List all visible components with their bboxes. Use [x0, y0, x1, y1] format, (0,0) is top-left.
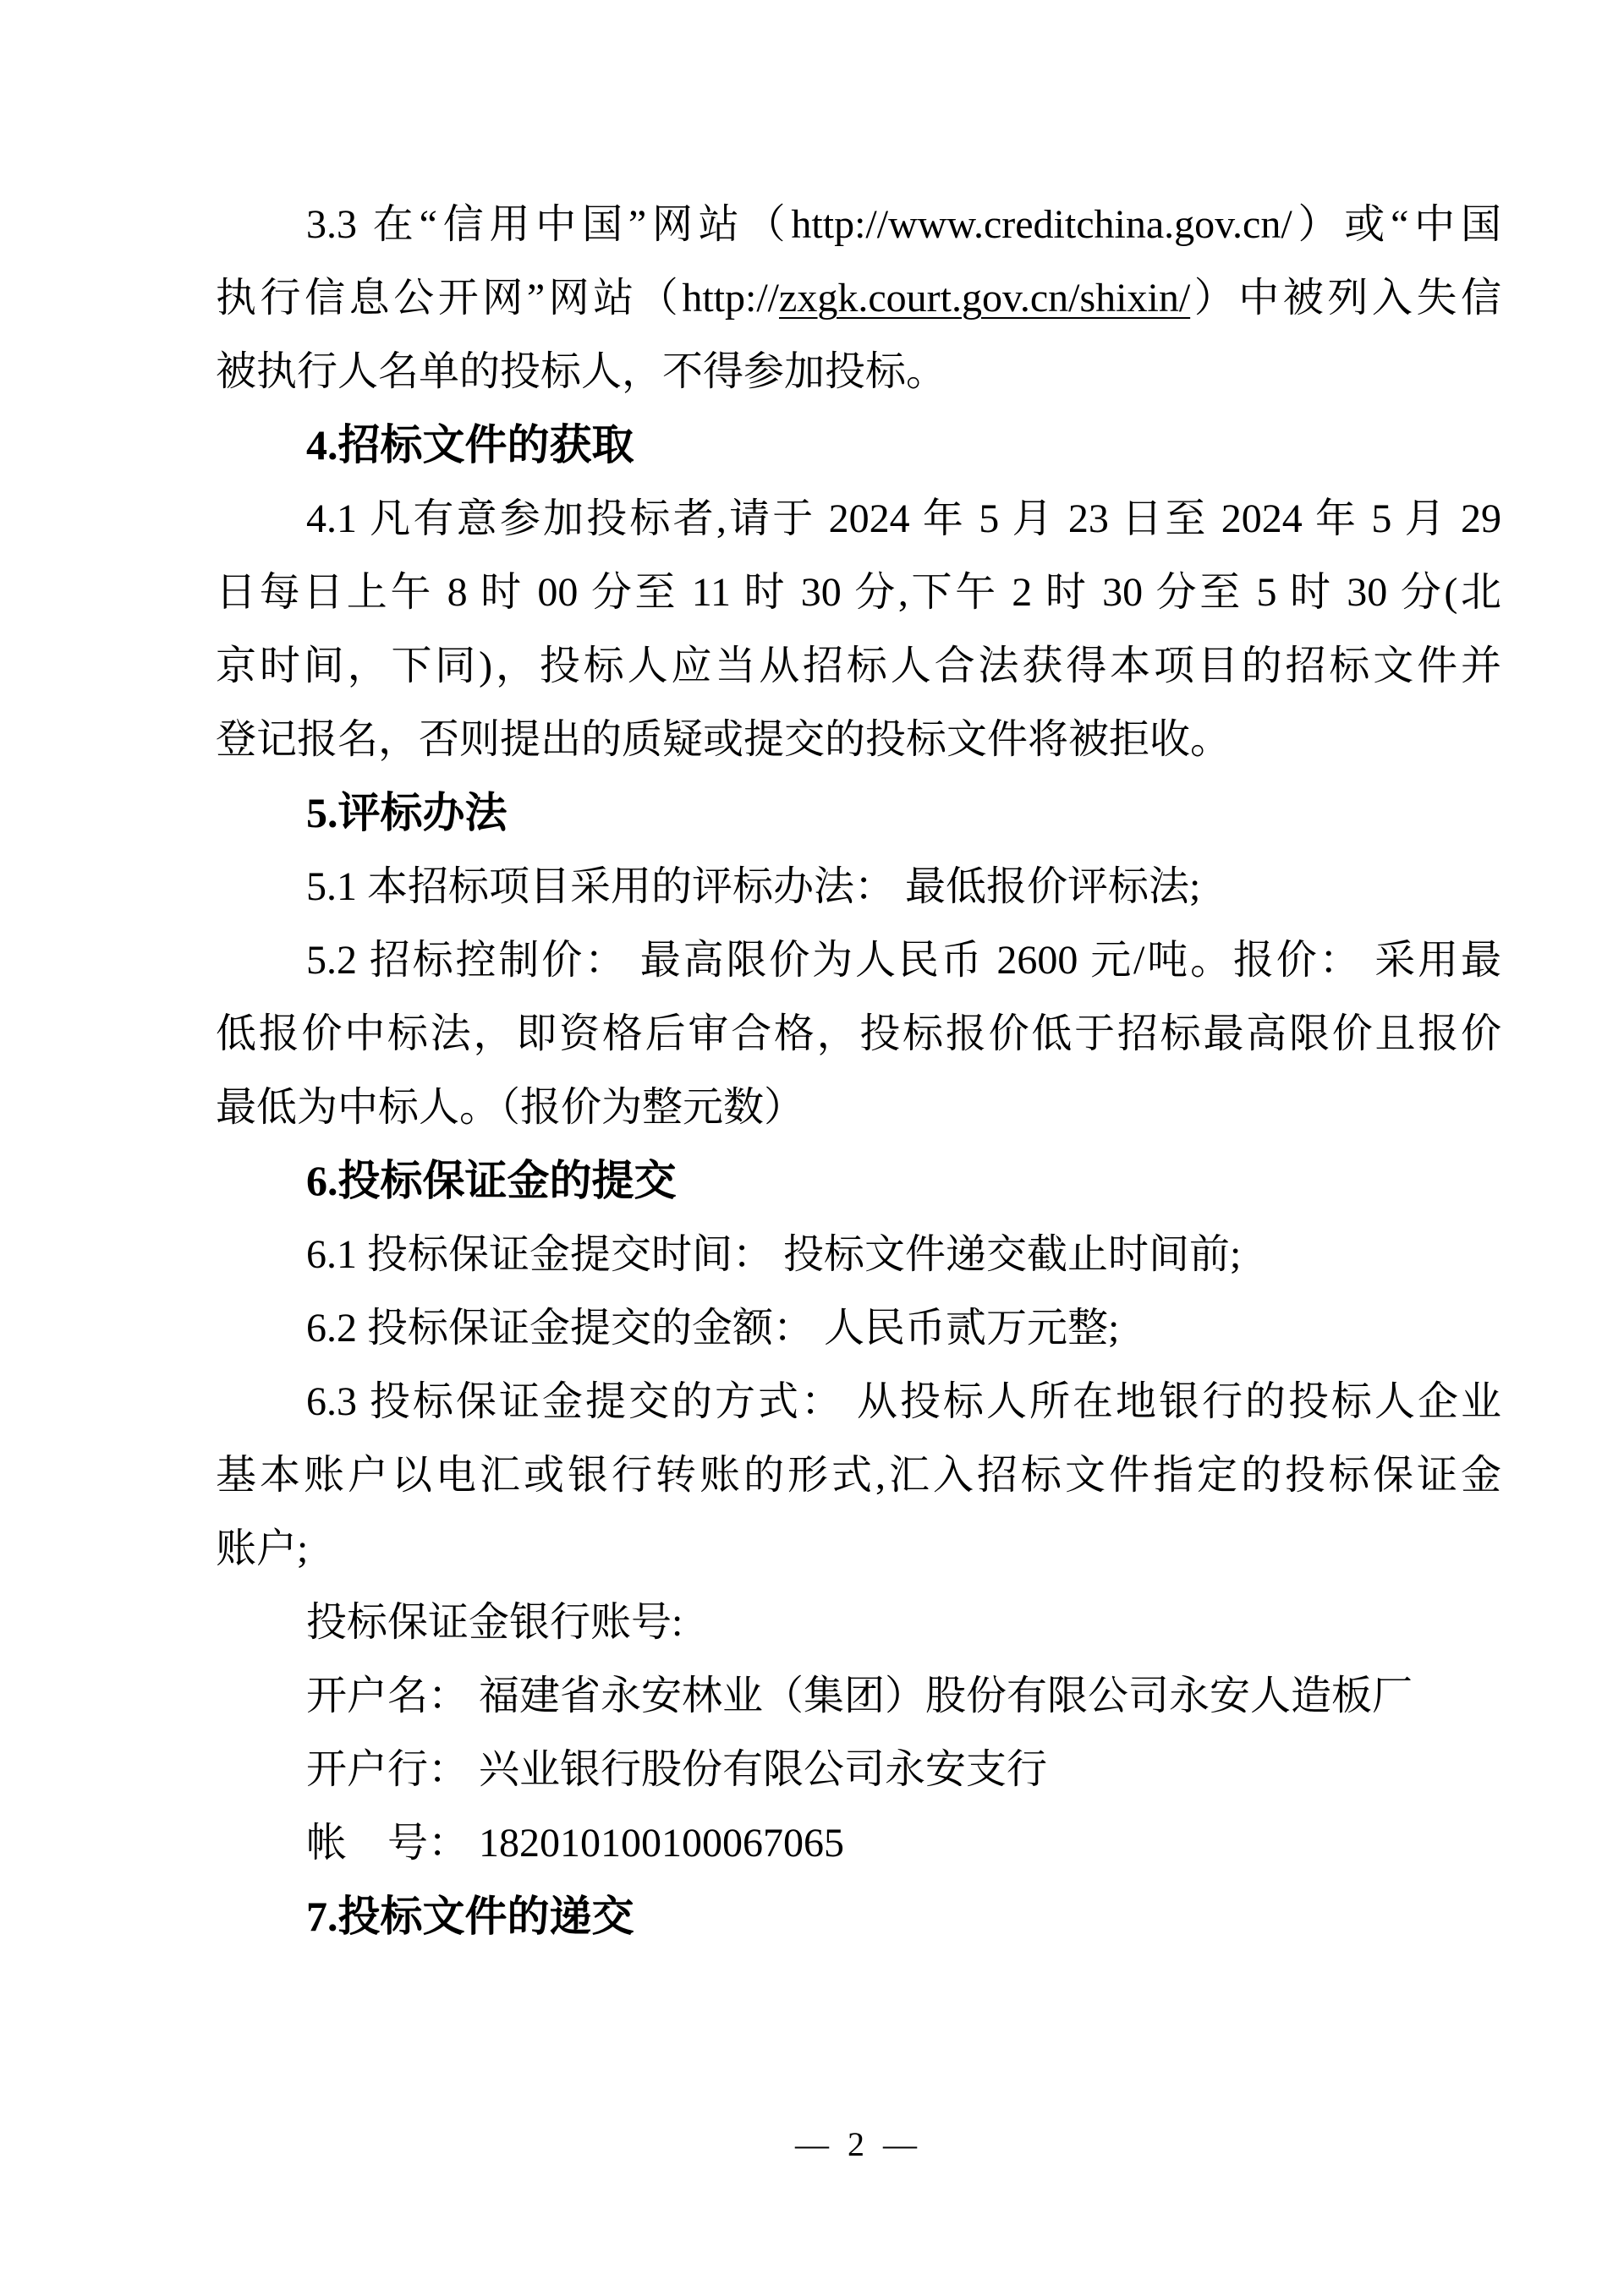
clause-4-1-line-1: 4.1 凡有意参加投标者,请于 2024 年 5 月 23 日至 2024 年 …: [216, 482, 1501, 556]
clause-6-3-line-1: 6.3 投标保证金提交的方式： 从投标人所在地银行的投标人企业: [216, 1365, 1501, 1438]
clause-3-3-line-2: 执行信息公开网”网站（http://zxgk.court.gov.cn/shix…: [216, 261, 1501, 335]
page-number: — 2 —: [216, 2124, 1501, 2164]
url-link[interactable]: zxgk.court.gov.cn/shixin/: [779, 276, 1190, 321]
account-name-line: 开户名： 福建省永安林业（集团）股份有限公司永安人造板厂: [216, 1659, 1501, 1733]
clause-5-1-line-1: 5.1 本招标项目采用的评标办法： 最低报价评标法;: [216, 850, 1501, 923]
text-segment: 执行信息公开网”网站（http://: [216, 276, 779, 321]
clause-4-1-line-4: 登记报名，否则提出的质疑或提交的投标文件将被拒收。: [216, 703, 1501, 776]
clause-4-1-line-2: 日每日上午 8 时 00 分至 11 时 30 分,下午 2 时 30 分至 5…: [216, 556, 1501, 629]
section-heading-6: 6.投标保证金的提交: [216, 1144, 1501, 1218]
clause-5-2-line-3: 最低为中标人。（报价为整元数）: [216, 1071, 1501, 1144]
text-segment: ）中被列入失信: [1190, 276, 1501, 321]
bank-branch-line: 开户行： 兴业银行股份有限公司永安支行: [216, 1733, 1501, 1806]
clause-3-3-line-1: 3.3 在“信用中国”网站（http://www.creditchina.gov…: [216, 188, 1501, 261]
document-body: 3.3 在“信用中国”网站（http://www.creditchina.gov…: [216, 188, 1501, 1954]
clause-6-1-line-1: 6.1 投标保证金提交时间： 投标文件递交截止时间前;: [216, 1218, 1501, 1291]
clause-4-1-line-3: 京时间，下同)，投标人应当从招标人合法获得本项目的招标文件并: [216, 629, 1501, 703]
clause-6-3-line-3: 账户;: [216, 1512, 1501, 1586]
clause-6-2-line-1: 6.2 投标保证金提交的金额： 人民币贰万元整;: [216, 1291, 1501, 1365]
account-number-line: 帐 号： 182010100100067065: [216, 1806, 1501, 1880]
section-heading-5: 5.评标办法: [216, 776, 1501, 850]
clause-3-3-line-3: 被执行人名单的投标人，不得参加投标。: [216, 335, 1501, 408]
clause-5-2-line-1: 5.2 招标控制价： 最高限价为人民币 2600 元/吨。报价： 采用最: [216, 923, 1501, 997]
section-heading-7: 7.投标文件的递交: [216, 1880, 1501, 1954]
clause-6-3-line-2: 基本账户以电汇或银行转账的形式,汇入招标文件指定的投标保证金: [216, 1438, 1501, 1512]
bank-account-intro: 投标保证金银行账号:: [216, 1586, 1501, 1659]
clause-5-2-line-2: 低报价中标法，即资格后审合格，投标报价低于招标最高限价且报价: [216, 997, 1501, 1071]
section-heading-4: 4.招标文件的获取: [216, 408, 1501, 482]
document-page: 3.3 在“信用中国”网站（http://www.creditchina.gov…: [0, 0, 1624, 2296]
